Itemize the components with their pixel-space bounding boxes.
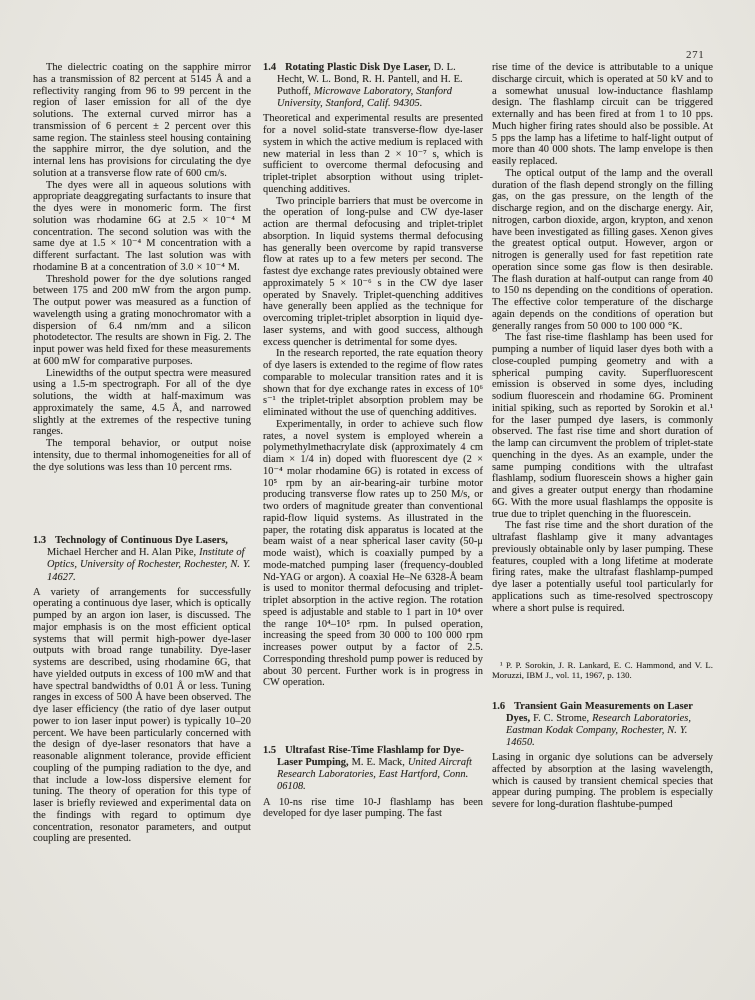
abstract-paragraph: A variety of arrangements for successful…: [33, 587, 251, 846]
section-authors: M. E. Mack,: [352, 757, 405, 768]
paragraph: The optical output of the lamp and the o…: [492, 168, 713, 333]
section-title: Technology of Continuous Dye Lasers,: [55, 535, 228, 546]
section-heading-1-6: 1.6 Transient Gain Measurements on Laser…: [492, 701, 713, 749]
column-1: The dielectric coating on the sapphire m…: [33, 62, 251, 845]
section-number: 1.5: [263, 745, 276, 756]
section-heading-1-3: 1.3 Technology of Continuous Dye Lasers,…: [33, 535, 251, 583]
paragraph: The dielectric coating on the sapphire m…: [33, 62, 251, 180]
paragraph: Experimentally, in order to achieve such…: [263, 419, 483, 689]
paragraph: The dyes were all in aqueous solutions w…: [33, 180, 251, 274]
abstract-paragraph: Theoretical and experimental results are…: [263, 113, 483, 195]
section-number: 1.3: [33, 535, 46, 546]
journal-page: 271 The dielectric coating on the sapphi…: [0, 0, 755, 1000]
section-title: Rotating Plastic Disk Dye Laser,: [285, 62, 431, 73]
section-heading-1-4: 1.4 Rotating Plastic Disk Dye Laser, D. …: [263, 62, 483, 110]
column-2: 1.4 Rotating Plastic Disk Dye Laser, D. …: [263, 62, 483, 820]
footnote: ¹ P. P. Sorokin, J. R. Lankard, E. C. Ha…: [492, 660, 713, 680]
paragraph: rise time of the device is attributable …: [492, 62, 713, 168]
abstract-paragraph: Lasing in organic dye solutions can be a…: [492, 752, 713, 811]
paragraph: The temporal behavior, or output noise i…: [33, 438, 251, 473]
page-number: 271: [686, 49, 704, 61]
section-number: 1.6: [492, 701, 505, 712]
paragraph: Linewidths of the output spectra were me…: [33, 368, 251, 439]
paragraph: Threshold power for the dye solutions ra…: [33, 274, 251, 368]
column-3: rise time of the device is attributable …: [492, 62, 713, 811]
paragraph: Two principle barriers that must be over…: [263, 196, 483, 349]
paragraph: The fast rise-time flashlamp has been us…: [492, 332, 713, 520]
abstract-paragraph: A 10-ns rise time 10-J flashlamp has bee…: [263, 797, 483, 821]
paragraph: In the research reported, the rate equat…: [263, 348, 483, 419]
section-number: 1.4: [263, 62, 276, 73]
paragraph: The fast rise time and the short duratio…: [492, 520, 713, 614]
section-heading-1-5: 1.5 Ultrafast Rise-Time Flashlamp for Dy…: [263, 745, 483, 793]
section-authors: F. C. Strome,: [533, 713, 589, 724]
section-authors: Michael Hercher and H. Alan Pike,: [47, 547, 196, 558]
